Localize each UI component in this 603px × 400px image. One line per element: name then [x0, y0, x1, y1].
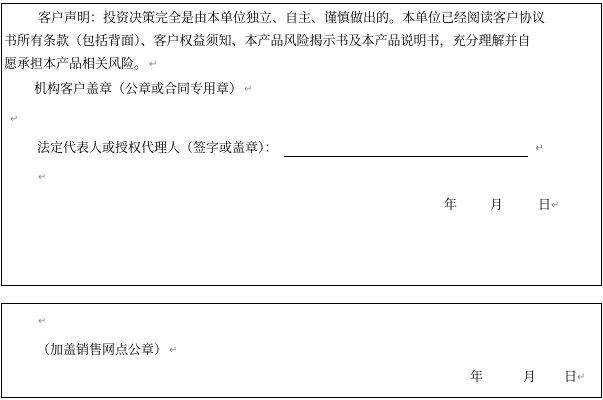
paragraph-mark-icon: ↵: [536, 143, 544, 154]
institution-seal-row: 机构客户盖章（公章或合同专用章）↵: [34, 81, 252, 98]
date-day-label: 日: [538, 197, 551, 214]
declaration-line-3: 愿承担本产品相关风险。↵: [4, 56, 157, 73]
declaration-line-2: 书所有条款（包括背面）、客户权益须知、本产品风险揭示书及本产品说明书，充分理解并…: [4, 33, 531, 50]
legal-rep-label: 法定代表人或授权代理人（签字或盖章）：: [37, 141, 278, 156]
signature-line[interactable]: [284, 142, 528, 157]
date-month-label: 月: [523, 369, 536, 386]
paragraph-mark-icon: ↵: [169, 345, 177, 356]
branch-seal-label: （加盖销售网点公章）: [37, 343, 167, 358]
institution-seal-label: 机构客户盖章（公章或合同专用章）: [34, 82, 242, 97]
declaration-line-1: 客户声明：投资决策完全是由本单位独立、自主、谨慎做出的。本单位已经阅读客户协议: [38, 10, 545, 27]
empty-paragraph-row: ↵: [36, 169, 46, 186]
paragraph-mark-icon: ↵: [577, 372, 585, 383]
declaration-line-3-text: 愿承担本产品相关风险。: [4, 57, 147, 72]
empty-paragraph-row: ↵: [36, 313, 46, 330]
paragraph-mark-icon: ↵: [10, 114, 18, 125]
paragraph-mark-icon: ↵: [149, 59, 157, 70]
paragraph-mark-icon: ↵: [244, 84, 252, 95]
paragraph-mark-icon: ↵: [38, 316, 46, 327]
branch-seal-row: （加盖销售网点公章）↵: [37, 342, 177, 359]
empty-paragraph-row: ↵: [8, 111, 18, 128]
date-year-label: 年: [444, 197, 457, 214]
date-day-label: 日: [564, 369, 577, 386]
date-row-1: 年月日↵: [444, 197, 559, 214]
date-month-label: 月: [490, 197, 503, 214]
paragraph-mark-icon: ↵: [551, 200, 559, 211]
paragraph-mark-icon: ↵: [38, 172, 46, 183]
date-year-label: 年: [470, 369, 483, 386]
legal-rep-row: 法定代表人或授权代理人（签字或盖章）：↵: [37, 140, 544, 157]
date-row-2: 年月日↵: [470, 369, 585, 386]
